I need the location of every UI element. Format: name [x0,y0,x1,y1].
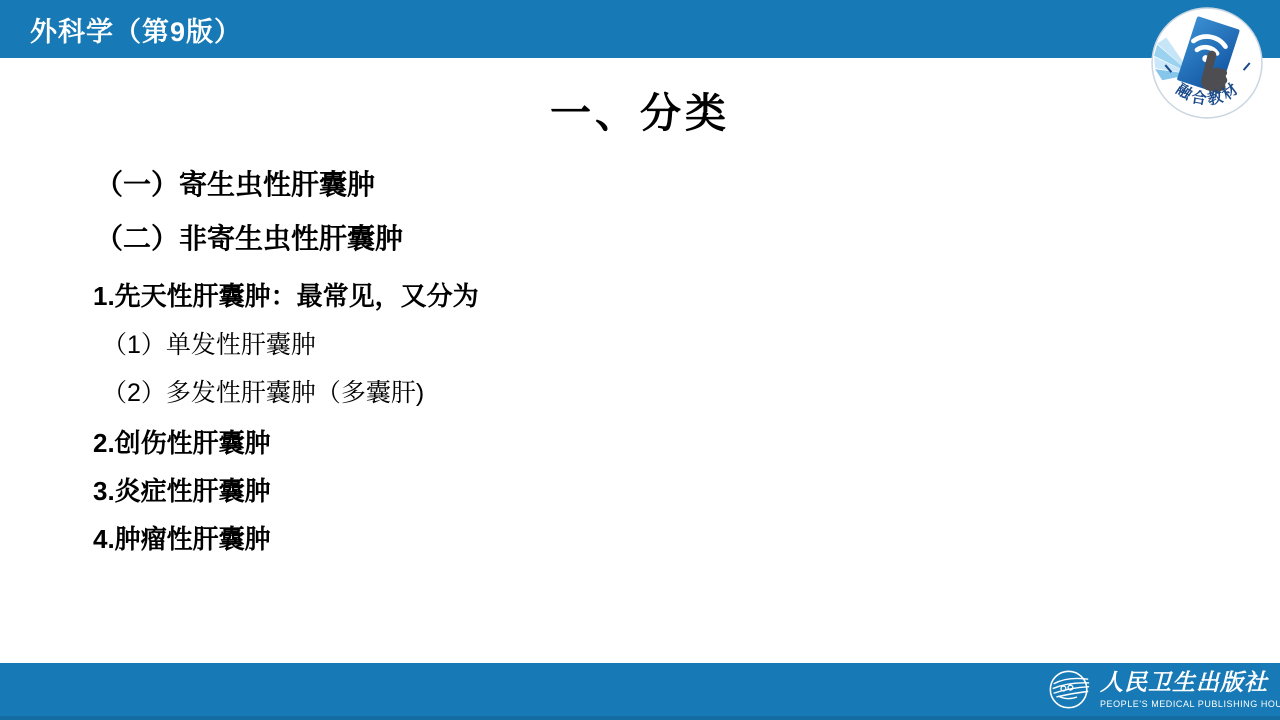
publisher-emblem-icon [1048,668,1091,711]
publisher-block: 人民卫生出版社 PEOPLE'S MEDICAL PUBLISHING HOUS… [1048,668,1280,711]
publisher-name-en: PEOPLE'S MEDICAL PUBLISHING HOUSE [1100,699,1280,709]
slide: 外科学（第9版） [0,0,1280,720]
list-item-solitary: （1）单发性肝囊肿 [102,330,316,360]
book-title: 外科学（第9版） [30,10,242,49]
list-item-multiple: （2）多发性肝囊肿（多囊肝) [102,378,424,408]
list-item-traumatic: 2.创伤性肝囊肿 [93,428,271,459]
list-item-inflammatory: 3.炎症性肝囊肿 [93,476,271,507]
list-item-congenital: 1.先天性肝囊肿：最常见，又分为 [93,281,479,312]
list-item-neoplastic: 4.肿瘤性肝囊肿 [93,524,271,555]
list-item-parasitic: （一）寄生虫性肝囊肿 [95,168,375,202]
publisher-name-cn: 人民卫生出版社 [1100,670,1280,695]
list-item-nonparasitic: （二）非寄生虫性肝囊肿 [95,222,403,256]
top-bar: 外科学（第9版） [0,0,1280,58]
slide-title: 一、分类 [0,80,1280,139]
